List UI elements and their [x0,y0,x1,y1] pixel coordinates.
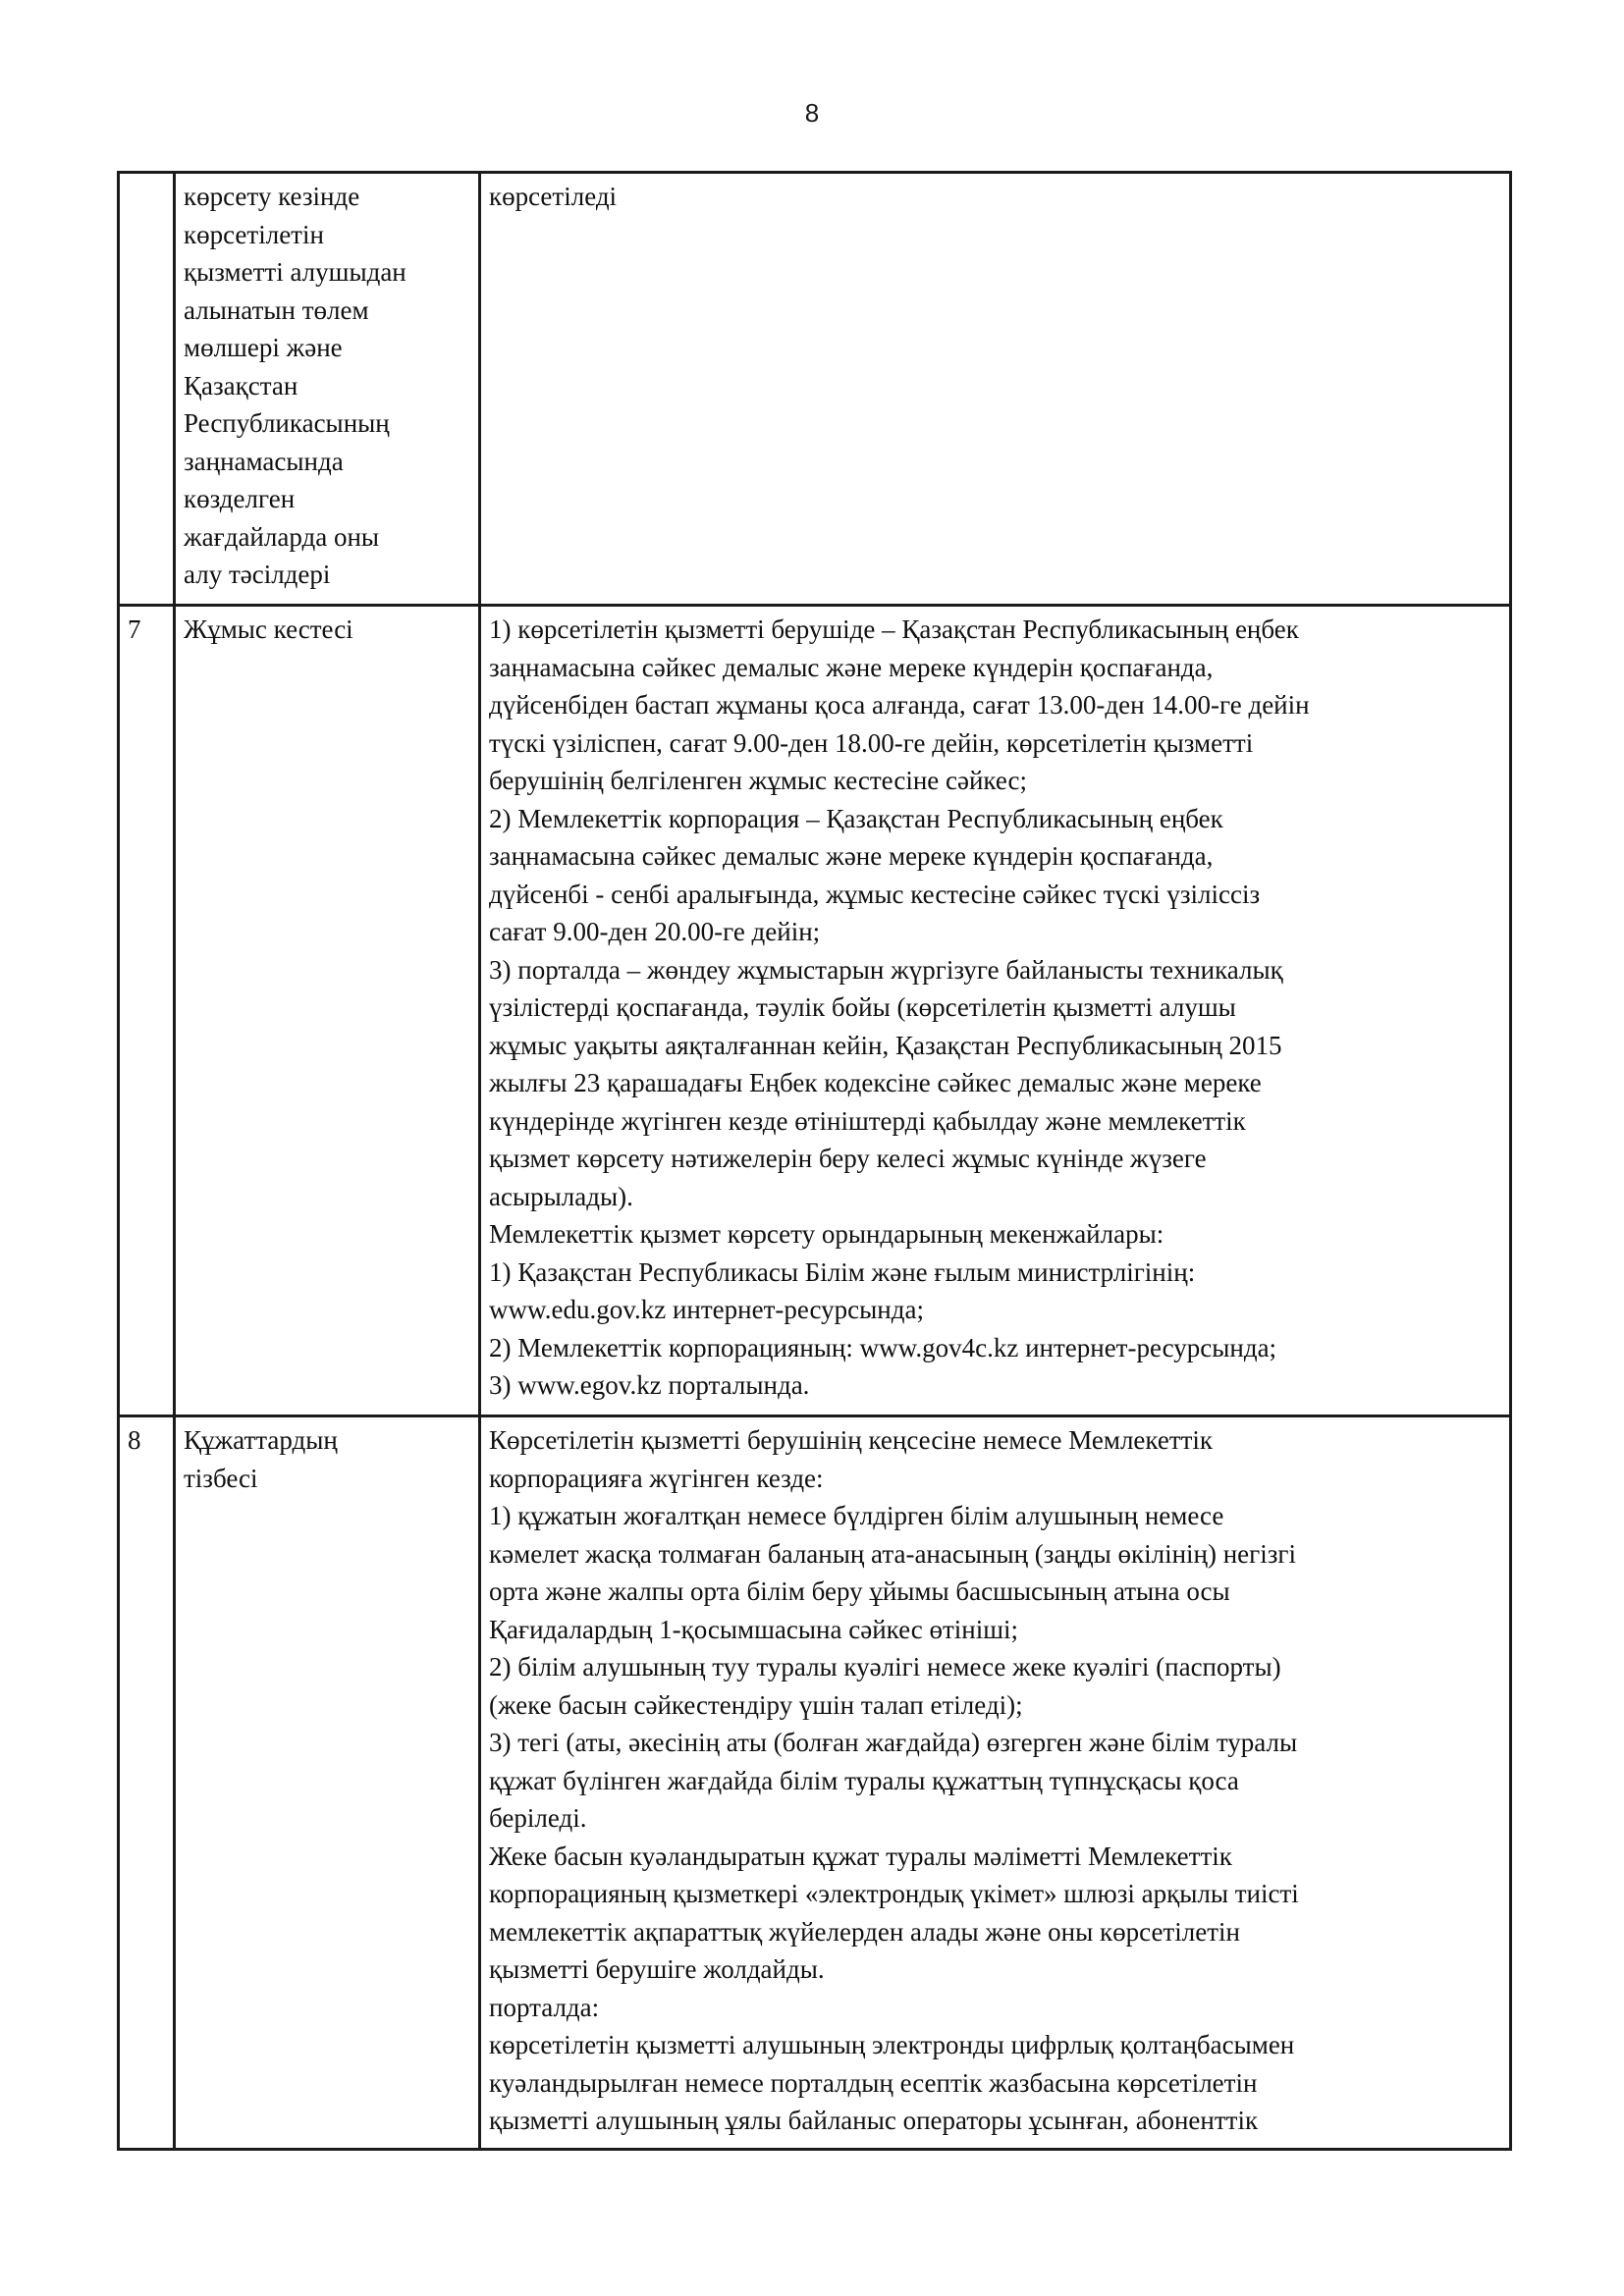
row-number-cell: 8 [119,1416,175,2150]
service-standard-table: көрсету кезіндекөрсетілетінқызметті алуш… [117,171,1512,2151]
text-line: қызметті алушыдан [184,253,470,292]
text-line: заңнамасына сәйкес демалыс және мереке к… [489,837,1501,876]
text-line: көрсетілетін [184,216,470,254]
text-line: мөлшері және [184,329,470,367]
row-description-cell: Көрсетілетін қызметті берушінің кеңсесін… [480,1416,1511,2150]
text-line: жағдайларда оны [184,518,470,557]
text-line: кәмелет жасқа толмаған баланың ата-анасы… [489,1535,1501,1574]
text-line: асырылады). [489,1178,1501,1216]
text-line: 2) Мемлекеттік корпорация – Қазақстан Ре… [489,800,1501,838]
row-number-cell [119,173,175,606]
text-line: 3) порталда – жөндеу жұмыстарын жүргізуг… [489,951,1501,989]
text-line: көрсету кезінде [184,178,470,216]
text-line: заңнамасына сәйкес демалыс және мереке к… [489,649,1501,687]
text-line: 2) білім алушының туу туралы куәлігі нем… [489,1648,1501,1686]
row-name-cell: Жұмыс кестесі [175,606,480,1416]
text-line: заңнамасында [184,443,470,481]
text-line: корпорацияға жүгінген кезде: [489,1460,1501,1498]
text-line: алынатын төлем [184,292,470,330]
row-number-cell: 7 [119,606,175,1416]
text-line: 1) Қазақстан Республикасы Білім және ғыл… [489,1254,1501,1292]
table-row: көрсету кезіндекөрсетілетінқызметті алуш… [119,173,1511,606]
text-line: 1) құжатын жоғалтқан немесе бүлдірген бі… [489,1497,1501,1535]
row-name-cell: көрсету кезіндекөрсетілетінқызметті алуш… [175,173,480,606]
text-line: 2) Мемлекеттік корпорацияның: www.gov4c.… [489,1329,1501,1367]
text-line: порталда: [489,1989,1501,2027]
text-line: күндерінде жүгінген кезде өтініштерді қа… [489,1102,1501,1141]
text-line: жұмыс уақыты аяқталғаннан кейін, Қазақст… [489,1027,1501,1065]
text-line: көрсетілетін қызметті алушының электронд… [489,2026,1501,2064]
text-line: Қазақстан [184,367,470,405]
row-description-cell: көрсетіледі [480,173,1511,606]
text-line: жылғы 23 қарашадағы Еңбек кодексіне сәйк… [489,1064,1501,1102]
text-line: www.edu.gov.kz интернет-ресурсында; [489,1291,1501,1329]
text-line: орта және жалпы орта білім беру ұйымы ба… [489,1573,1501,1611]
text-line: дүйсенбіден бастап жұманы қоса алғанда, … [489,686,1501,724]
text-line: корпорацияның қызметкері «электрондық үк… [489,1875,1501,1913]
text-line: көзделген [184,480,470,518]
text-line: алу тәсілдері [184,556,470,594]
text-line: үзілістерді қоспағанда, тәулік бойы (көр… [489,988,1501,1027]
text-line: мемлекеттік ақпараттық жүйелерден алады … [489,1913,1501,1951]
text-line: Жеке басын куәландыратын құжат туралы мә… [489,1838,1501,1876]
text-line: тізбесі [184,1460,470,1498]
text-line: түскі үзіліспен, сағат 9.00-ден 18.00-ге… [489,724,1501,763]
page-number: 8 [0,98,1624,128]
text-line: Республикасының [184,404,470,443]
text-line: Жұмыс кестесі [184,611,470,649]
text-line: қызметті алушының ұялы байланыс оператор… [489,2102,1501,2140]
text-line: берушінің белгіленген жұмыс кестесіне сә… [489,762,1501,800]
row-description-cell: 1) көрсетілетін қызметті берушіде – Қаза… [480,606,1511,1416]
table-row: 8 Құжаттардыңтізбесі Көрсетілетін қызмет… [119,1416,1511,2150]
row-name-cell: Құжаттардыңтізбесі [175,1416,480,2150]
text-line: беріледі. [489,1799,1501,1838]
text-line: 1) көрсетілетін қызметті берушіде – Қаза… [489,611,1501,649]
text-line: (жеке басын сәйкестендіру үшін талап еті… [489,1686,1501,1725]
text-line: қызметті берушіге жолдайды. [489,1950,1501,1989]
table-row: 7 Жұмыс кестесі 1) көрсетілетін қызметті… [119,606,1511,1416]
text-line: Қағидалардың 1-қосымшасына сәйкес өтініш… [489,1611,1501,1649]
text-line: Құжаттардың [184,1421,470,1460]
text-line: Көрсетілетін қызметті берушінің кеңсесін… [489,1421,1501,1460]
text-line: көрсетіледі [489,178,1501,216]
text-line: құжат бүлінген жағдайда білім туралы құж… [489,1762,1501,1800]
text-line: Мемлекеттік қызмет көрсету орындарының м… [489,1215,1501,1254]
text-line: қызмет көрсету нәтижелерін беру келесі ж… [489,1140,1501,1178]
text-line: 3) www.egov.kz порталында. [489,1366,1501,1405]
text-line: 3) тегі (аты, әкесінің аты (болған жағда… [489,1724,1501,1762]
text-line: куәландырылған немесе порталдың есептік … [489,2064,1501,2103]
text-line: сағат 9.00-ден 20.00-ге дейін; [489,913,1501,951]
text-line: дүйсенбі - сенбі аралығында, жұмыс кесте… [489,876,1501,914]
